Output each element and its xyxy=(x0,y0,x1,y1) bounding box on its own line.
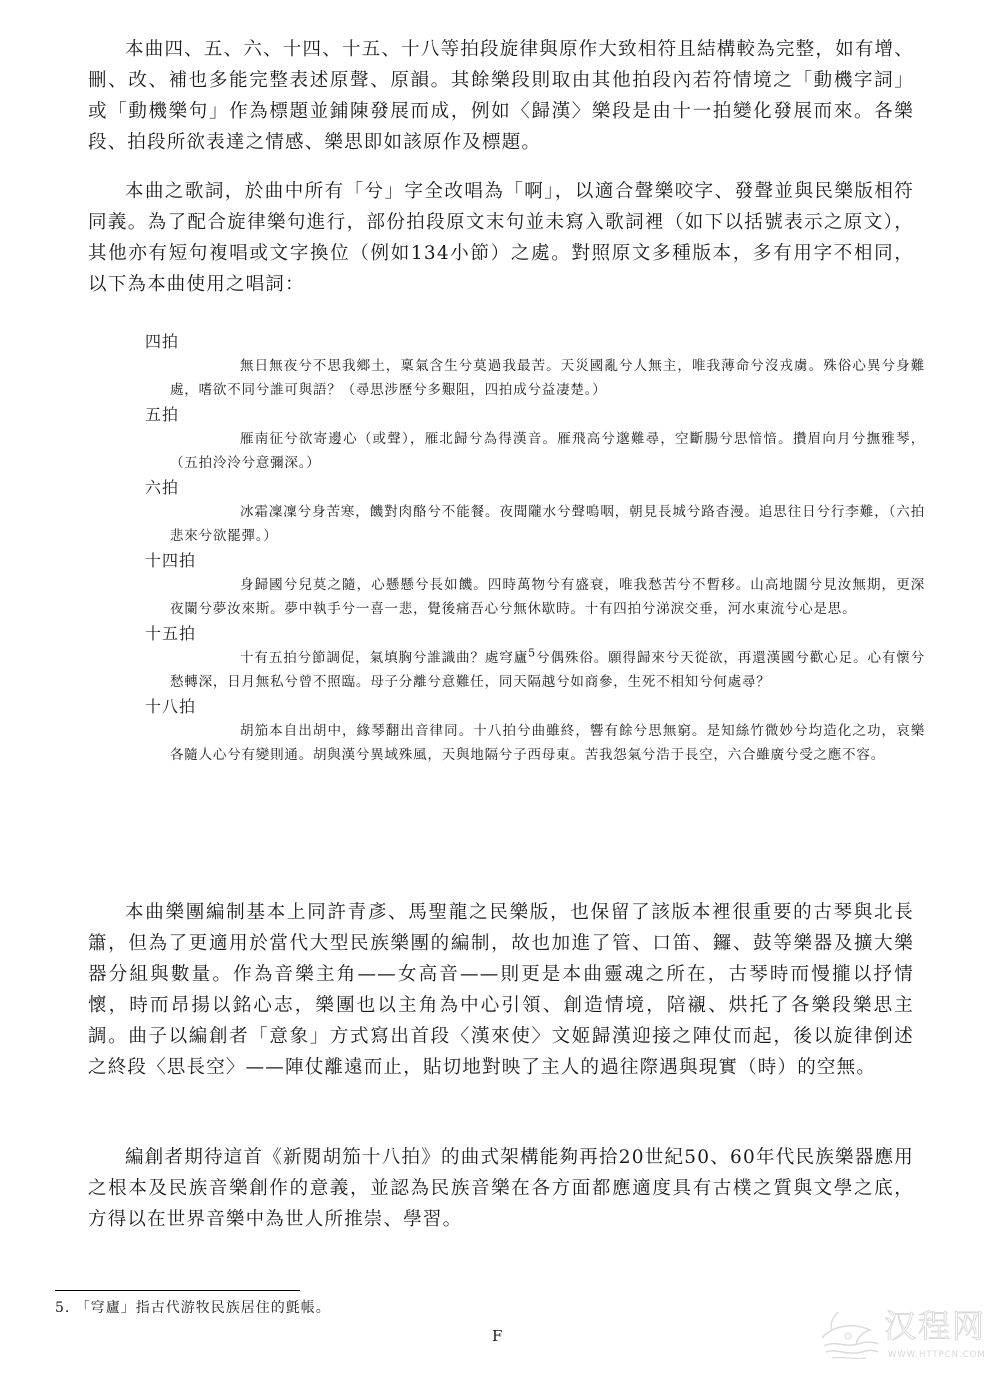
lyric-section: 十四拍 身歸國兮兒莫之隨，心懸懸兮長如饑。四時萬物兮有盛衰，唯我愁苦兮不暫移。山… xyxy=(145,549,925,621)
lyric-section: 十八拍 胡笳本自出胡中，緣琴翻出音律同。十八拍兮曲雖終，響有餘兮思無窮。是知絲竹… xyxy=(145,695,925,767)
page-number: F xyxy=(492,1326,502,1346)
lyric-text: 十有五拍兮節調促，氣填胸兮誰識曲？處穹廬5兮偶殊俗。願得歸來兮天從欲，再還漢國兮… xyxy=(170,646,925,694)
lyric-text: 胡笳本自出胡中，緣琴翻出音律同。十八拍兮曲雖終，響有餘兮思無窮。是知絲竹微妙兮均… xyxy=(170,719,925,767)
footnote-reference[interactable]: 5 xyxy=(528,647,536,660)
lyric-text: 身歸國兮兒莫之隨，心懸懸兮長如饑。四時萬物兮有盛衰，唯我愁苦兮不暫移。山高地闊兮… xyxy=(170,573,925,621)
lyric-title: 十五拍 xyxy=(145,622,925,646)
lyric-text: 雁南征兮欲寄邊心（或聲），雁北歸兮為得漢音。雁飛高兮邈難尋，空斷腸兮思愔愔。攢眉… xyxy=(170,427,925,475)
lyric-text: 無日無夜兮不思我鄉土，稟氣含生兮莫過我最苦。天災國亂兮人無主，唯我薄命兮沒戎虜。… xyxy=(170,354,925,402)
intro-section: 本曲四、五、六、十四、十五、十八等拍段旋律與原作大致相符且結構較為完整，如有增、… xyxy=(88,34,914,158)
lyric-title: 十八拍 xyxy=(145,695,925,719)
paragraph-conclusion: 編創者期待這首《新閱胡笳十八拍》的曲式架構能夠再拾20世紀50、60年代民族樂器… xyxy=(88,1142,914,1235)
dolphin-wave-logo-icon xyxy=(818,1308,882,1364)
footnote: 5. 「穹廬」指古代游牧民族居住的氈帳。 xyxy=(55,1298,331,1318)
lyric-title: 五拍 xyxy=(145,403,925,427)
lyric-section: 十五拍 十有五拍兮節調促，氣填胸兮誰識曲？處穹廬5兮偶殊俗。願得歸來兮天從欲，再… xyxy=(145,622,925,694)
paragraph-lyrics-note: 本曲之歌詞，於曲中所有「兮」字全改唱為「啊」，以適合聲樂咬字、發聲並與民樂版相符… xyxy=(88,176,914,300)
lyric-section: 四拍 無日無夜兮不思我鄉土，稟氣含生兮莫過我最苦。天災國亂兮人無主，唯我薄命兮沒… xyxy=(145,330,925,402)
watermark-name: 汉程网 xyxy=(884,1306,986,1346)
conclusion-section: 編創者期待這首《新閱胡笳十八拍》的曲式架構能夠再拾20世紀50、60年代民族樂器… xyxy=(88,1142,914,1235)
lyrics-intro-section: 本曲之歌詞，於曲中所有「兮」字全改唱為「啊」，以適合聲樂咬字、發聲並與民樂版相符… xyxy=(88,176,914,300)
lyric-section: 六拍 冰霜凜凜兮身苦寒，饑對肉酪兮不能餐。夜聞隴水兮聲嗚咽，朝見長城兮路杳漫。追… xyxy=(145,476,925,548)
lyric-text: 冰霜凜凜兮身苦寒，饑對肉酪兮不能餐。夜聞隴水兮聲嗚咽，朝見長城兮路杳漫。追思往日… xyxy=(170,500,925,548)
watermark: 汉程网 WWW.HTTPCN.COM xyxy=(808,1300,988,1370)
orchestration-section: 本曲樂團編制基本上同許青彥、馬聖龍之民樂版，也保留了該版本裡很重要的古琴與北長簫… xyxy=(88,897,914,1083)
lyric-title: 六拍 xyxy=(145,476,925,500)
footnote-divider xyxy=(55,1290,300,1291)
watermark-url: WWW.HTTPCN.COM xyxy=(888,1350,986,1360)
document-page: 本曲四、五、六、十四、十五、十八等拍段旋律與原作大致相符且結構較為完整，如有增、… xyxy=(0,0,998,1378)
lyric-title: 四拍 xyxy=(145,330,925,354)
paragraph-structure: 本曲四、五、六、十四、十五、十八等拍段旋律與原作大致相符且結構較為完整，如有增、… xyxy=(88,34,914,158)
lyric-section: 五拍 雁南征兮欲寄邊心（或聲），雁北歸兮為得漢音。雁飛高兮邈難尋，空斷腸兮思愔愔… xyxy=(145,403,925,475)
lyrics-list: 四拍 無日無夜兮不思我鄉土，稟氣含生兮莫過我最苦。天災國亂兮人無主，唯我薄命兮沒… xyxy=(145,330,925,768)
lyric-title: 十四拍 xyxy=(145,549,925,573)
paragraph-orchestration: 本曲樂團編制基本上同許青彥、馬聖龍之民樂版，也保留了該版本裡很重要的古琴與北長簫… xyxy=(88,897,914,1083)
lyric-text-before: 十有五拍兮節調促，氣填胸兮誰識曲？處穹廬 xyxy=(240,650,528,666)
